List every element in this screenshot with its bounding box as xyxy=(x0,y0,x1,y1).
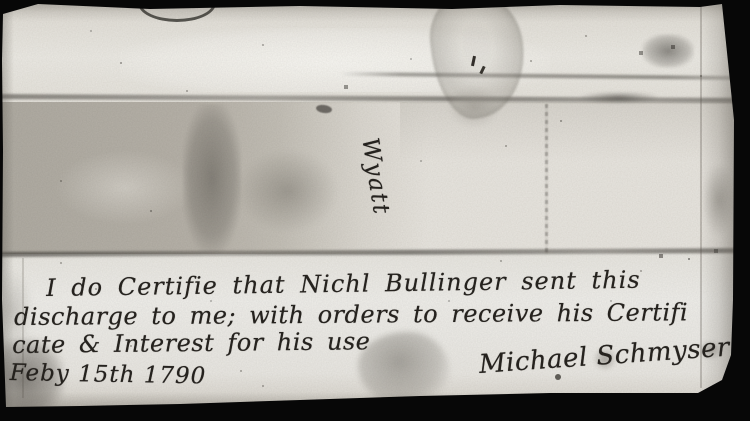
handwriting-line-2: discharge to me; with orders to receive … xyxy=(14,298,688,331)
paper-edge-shadow-top xyxy=(0,0,750,22)
vertical-fold-crease xyxy=(545,104,548,254)
dark-speckle-patch xyxy=(642,34,694,68)
ink-dot xyxy=(555,374,561,380)
handwriting-line-3: cate & Interest for his use xyxy=(12,327,371,359)
soiled-band-dark-streak xyxy=(183,104,241,252)
center-smudge xyxy=(358,332,450,406)
document-paper: I do Certifie that Nichl Bullinger sent … xyxy=(0,0,750,421)
soiled-band-dark-patch xyxy=(238,150,338,232)
fold-crease-dark-section xyxy=(580,92,658,103)
paper-edge-stain-right xyxy=(703,165,735,235)
soiled-band-light-patch xyxy=(55,150,195,225)
scan-background: I do Certifie that Nichl Bullinger sent … xyxy=(0,0,750,421)
water-stain-lobe xyxy=(448,86,500,128)
paper-specks xyxy=(0,0,2,2)
date-text: Feby 15th 1790 xyxy=(10,360,207,389)
